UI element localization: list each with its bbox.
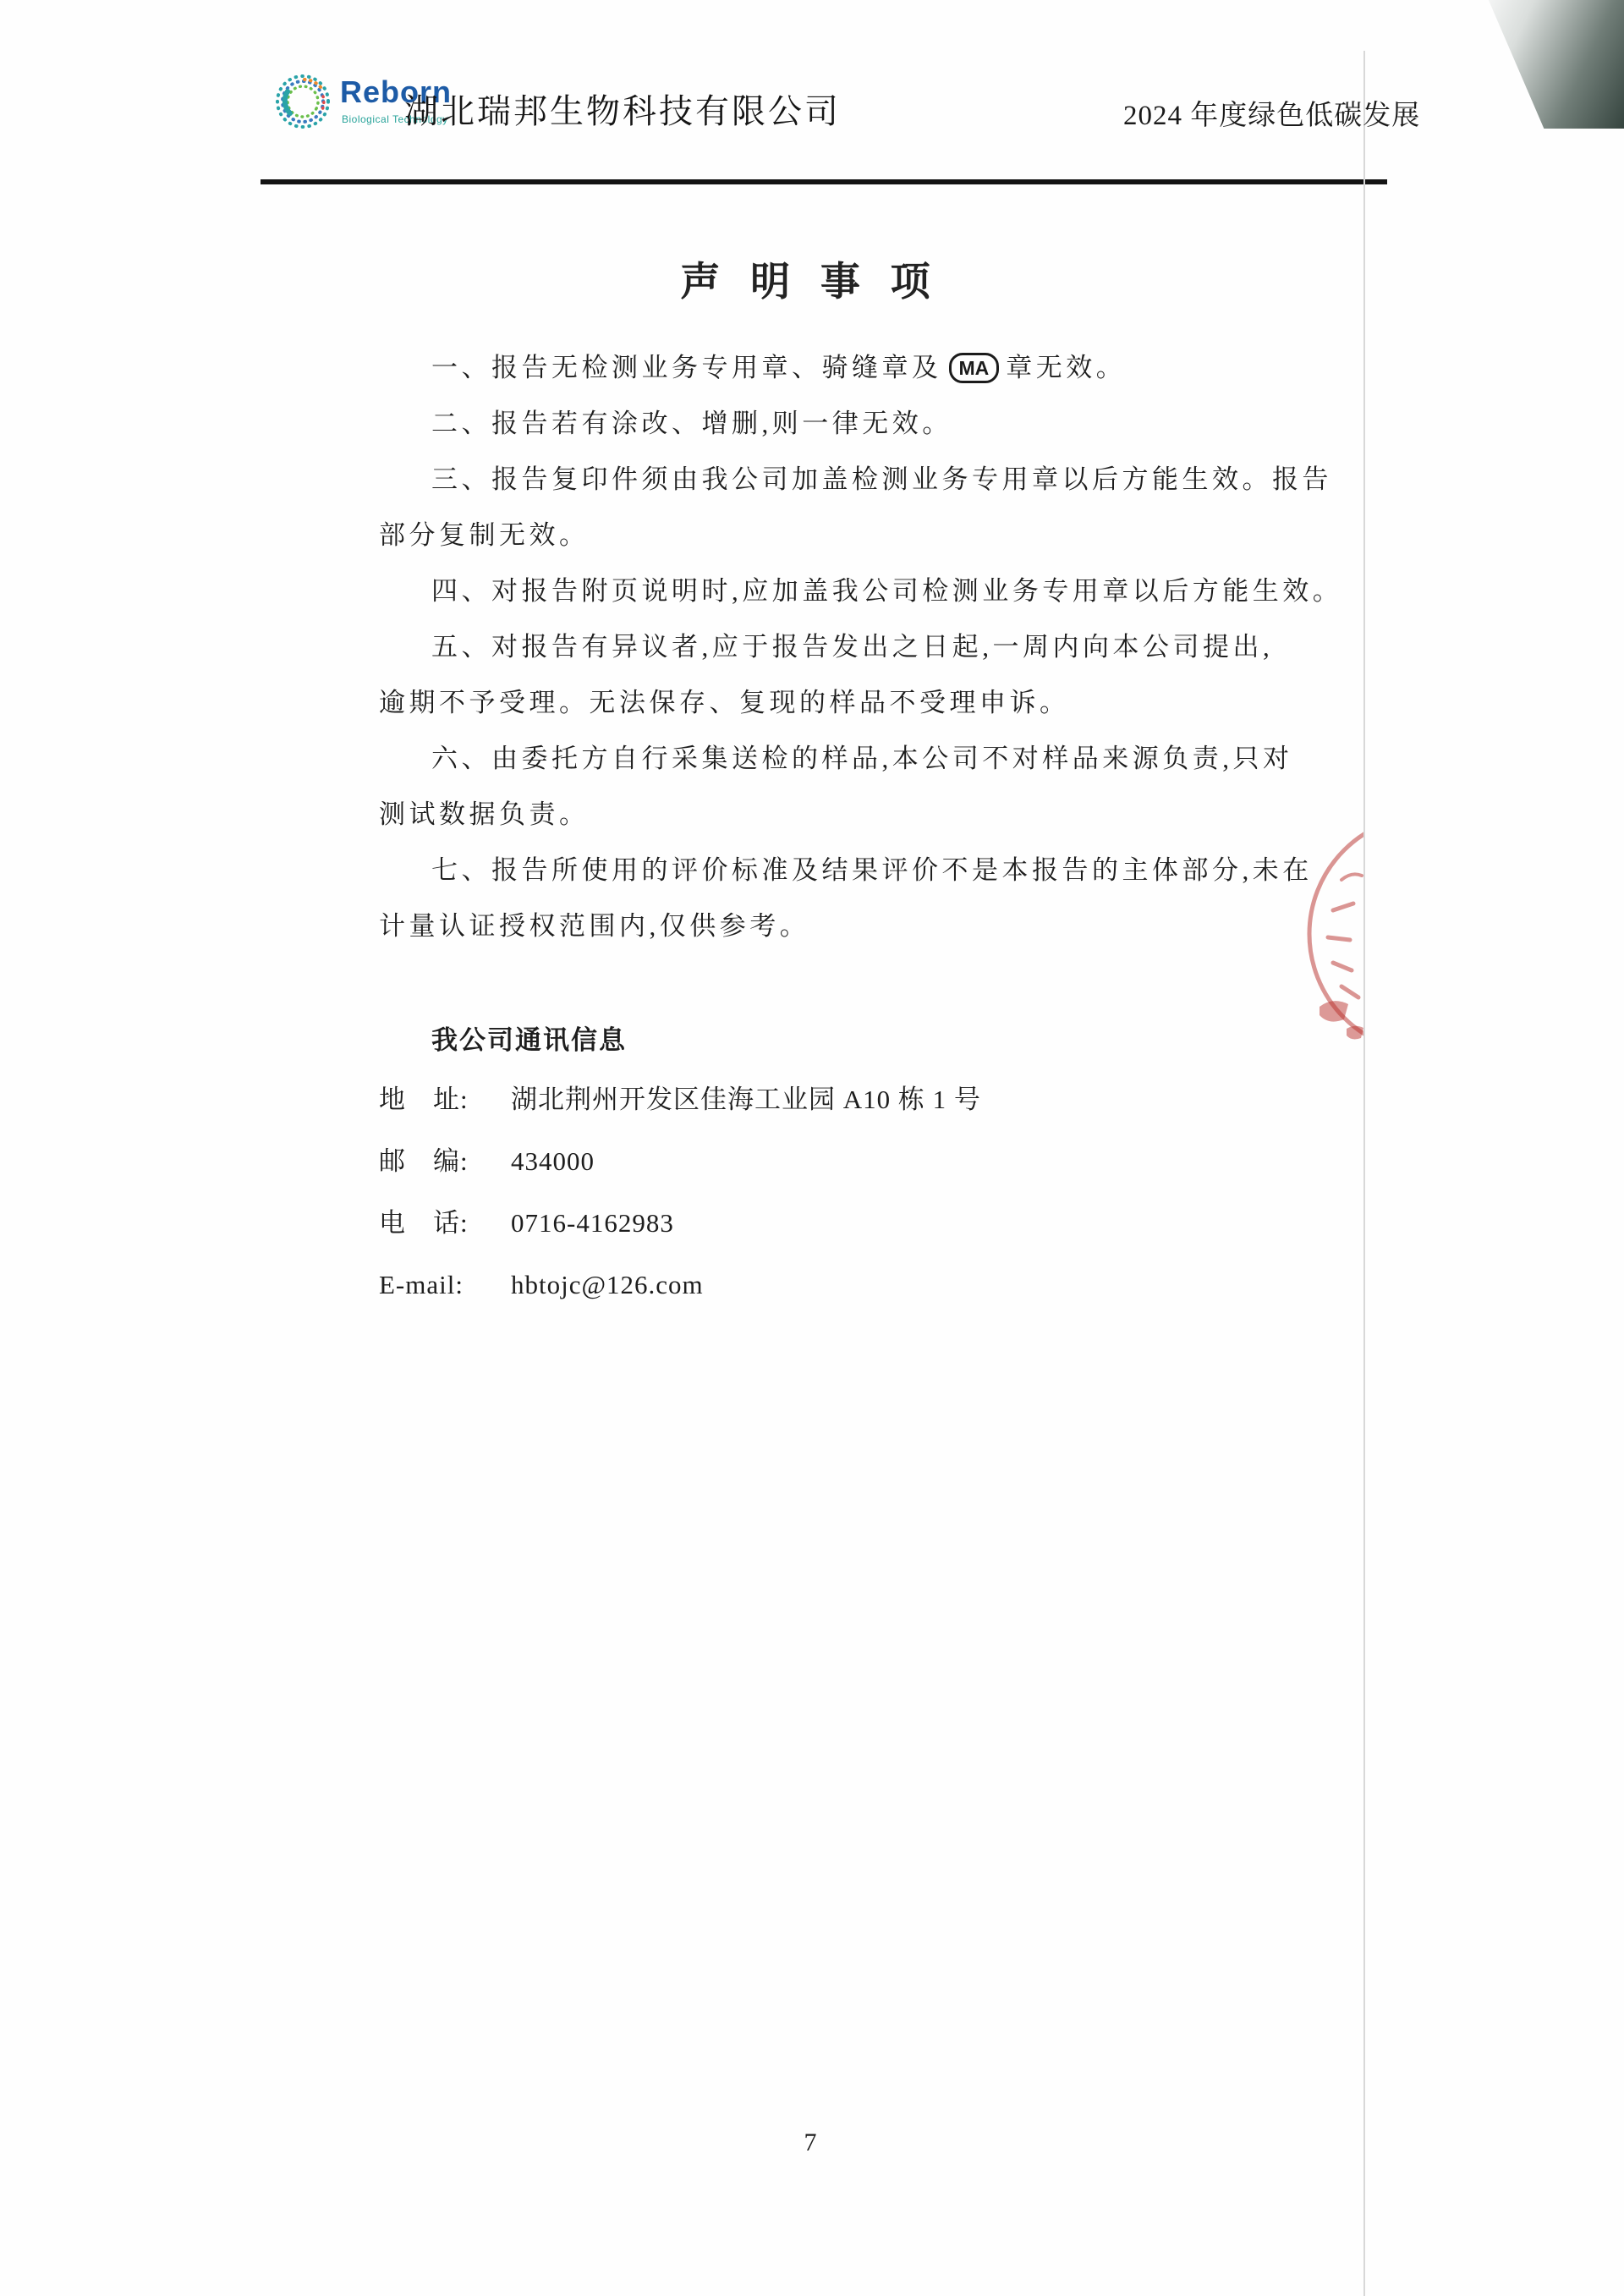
reborn-logo-icon — [272, 71, 333, 132]
contact-row: E-mail:hbtojc@126.com — [379, 1254, 981, 1316]
statement-line: 五、对报告有异议者,应于报告发出之日起,一周内向本公司提出, — [379, 619, 1352, 675]
contact-label: 地 址: — [379, 1068, 499, 1130]
statement-line: 四、对报告附页说明时,应加盖我公司检测业务专用章以后方能生效。 — [379, 563, 1352, 619]
statement-line: 七、报告所使用的评价标准及结果评价不是本报告的主体部分,未在 — [379, 843, 1352, 898]
statement-list: 一、报告无检测业务专用章、骑缝章及MA章无效。二、报告若有涂改、增删,则一律无效… — [379, 340, 1352, 954]
contact-value: 434000 — [511, 1146, 595, 1176]
statement-text: 章无效。 — [1006, 353, 1126, 382]
red-stamp-arc-icon — [1259, 810, 1363, 1057]
statement-line: 二、报告若有涂改、增删,则一律无效。 — [379, 396, 1352, 452]
contact-label: E-mail: — [379, 1254, 499, 1316]
contact-list: 地 址:湖北荆州开发区佳海工业园 A10 栋 1 号邮 编:434000电 话:… — [379, 1068, 981, 1316]
statement-line: 逾期不予受理。无法保存、复现的样品不受理申诉。 — [379, 675, 1352, 731]
scan-corner-shadow — [1470, 0, 1624, 129]
statement-line: 部分复制无效。 — [379, 508, 1352, 563]
page-number: 7 — [261, 2128, 1360, 2157]
statement-line: 六、由委托方自行采集送检的样品,本公司不对样品来源负责,只对 — [379, 731, 1352, 787]
scan-page-edge — [1363, 51, 1365, 2296]
company-name: 湖北瑞邦生物科技有限公司 — [404, 85, 841, 133]
statement-text: 一、报告无检测业务专用章、骑缝章及 — [431, 353, 942, 382]
contact-label: 邮 编: — [379, 1130, 499, 1192]
declaration-title: 声 明 事 项 — [261, 250, 1360, 307]
document-page: Reborn Biological Technology 湖北瑞邦生物科技有限公… — [0, 0, 1624, 2296]
statement-line: 测试数据负责。 — [379, 787, 1352, 843]
header-divider — [261, 179, 1387, 184]
contact-heading: 我公司通讯信息 — [431, 1019, 627, 1062]
report-title: 2024 年度绿色低碳发展 — [1123, 93, 1420, 133]
contact-row: 地 址:湖北荆州开发区佳海工业园 A10 栋 1 号 — [379, 1068, 981, 1130]
contact-value: 0716-4162983 — [511, 1208, 674, 1238]
contact-row: 邮 编:434000 — [379, 1130, 981, 1192]
contact-label: 电 话: — [379, 1192, 499, 1254]
statement-line: 计量认证授权范围内,仅供参考。 — [379, 898, 1352, 954]
contact-value: hbtojc@126.com — [511, 1270, 704, 1299]
statement-line: 三、报告复印件须由我公司加盖检测业务专用章以后方能生效。报告 — [379, 452, 1352, 508]
red-stamp — [1259, 810, 1363, 1057]
cma-mark-icon: MA — [949, 353, 1000, 383]
statement-line: 一、报告无检测业务专用章、骑缝章及MA章无效。 — [379, 340, 1352, 396]
contact-row: 电 话:0716-4162983 — [379, 1192, 981, 1254]
contact-value: 湖北荆州开发区佳海工业园 A10 栋 1 号 — [511, 1085, 981, 1114]
scanned-report-page: { "header": { "logo_brand": "Reborn", "l… — [0, 0, 1624, 2296]
